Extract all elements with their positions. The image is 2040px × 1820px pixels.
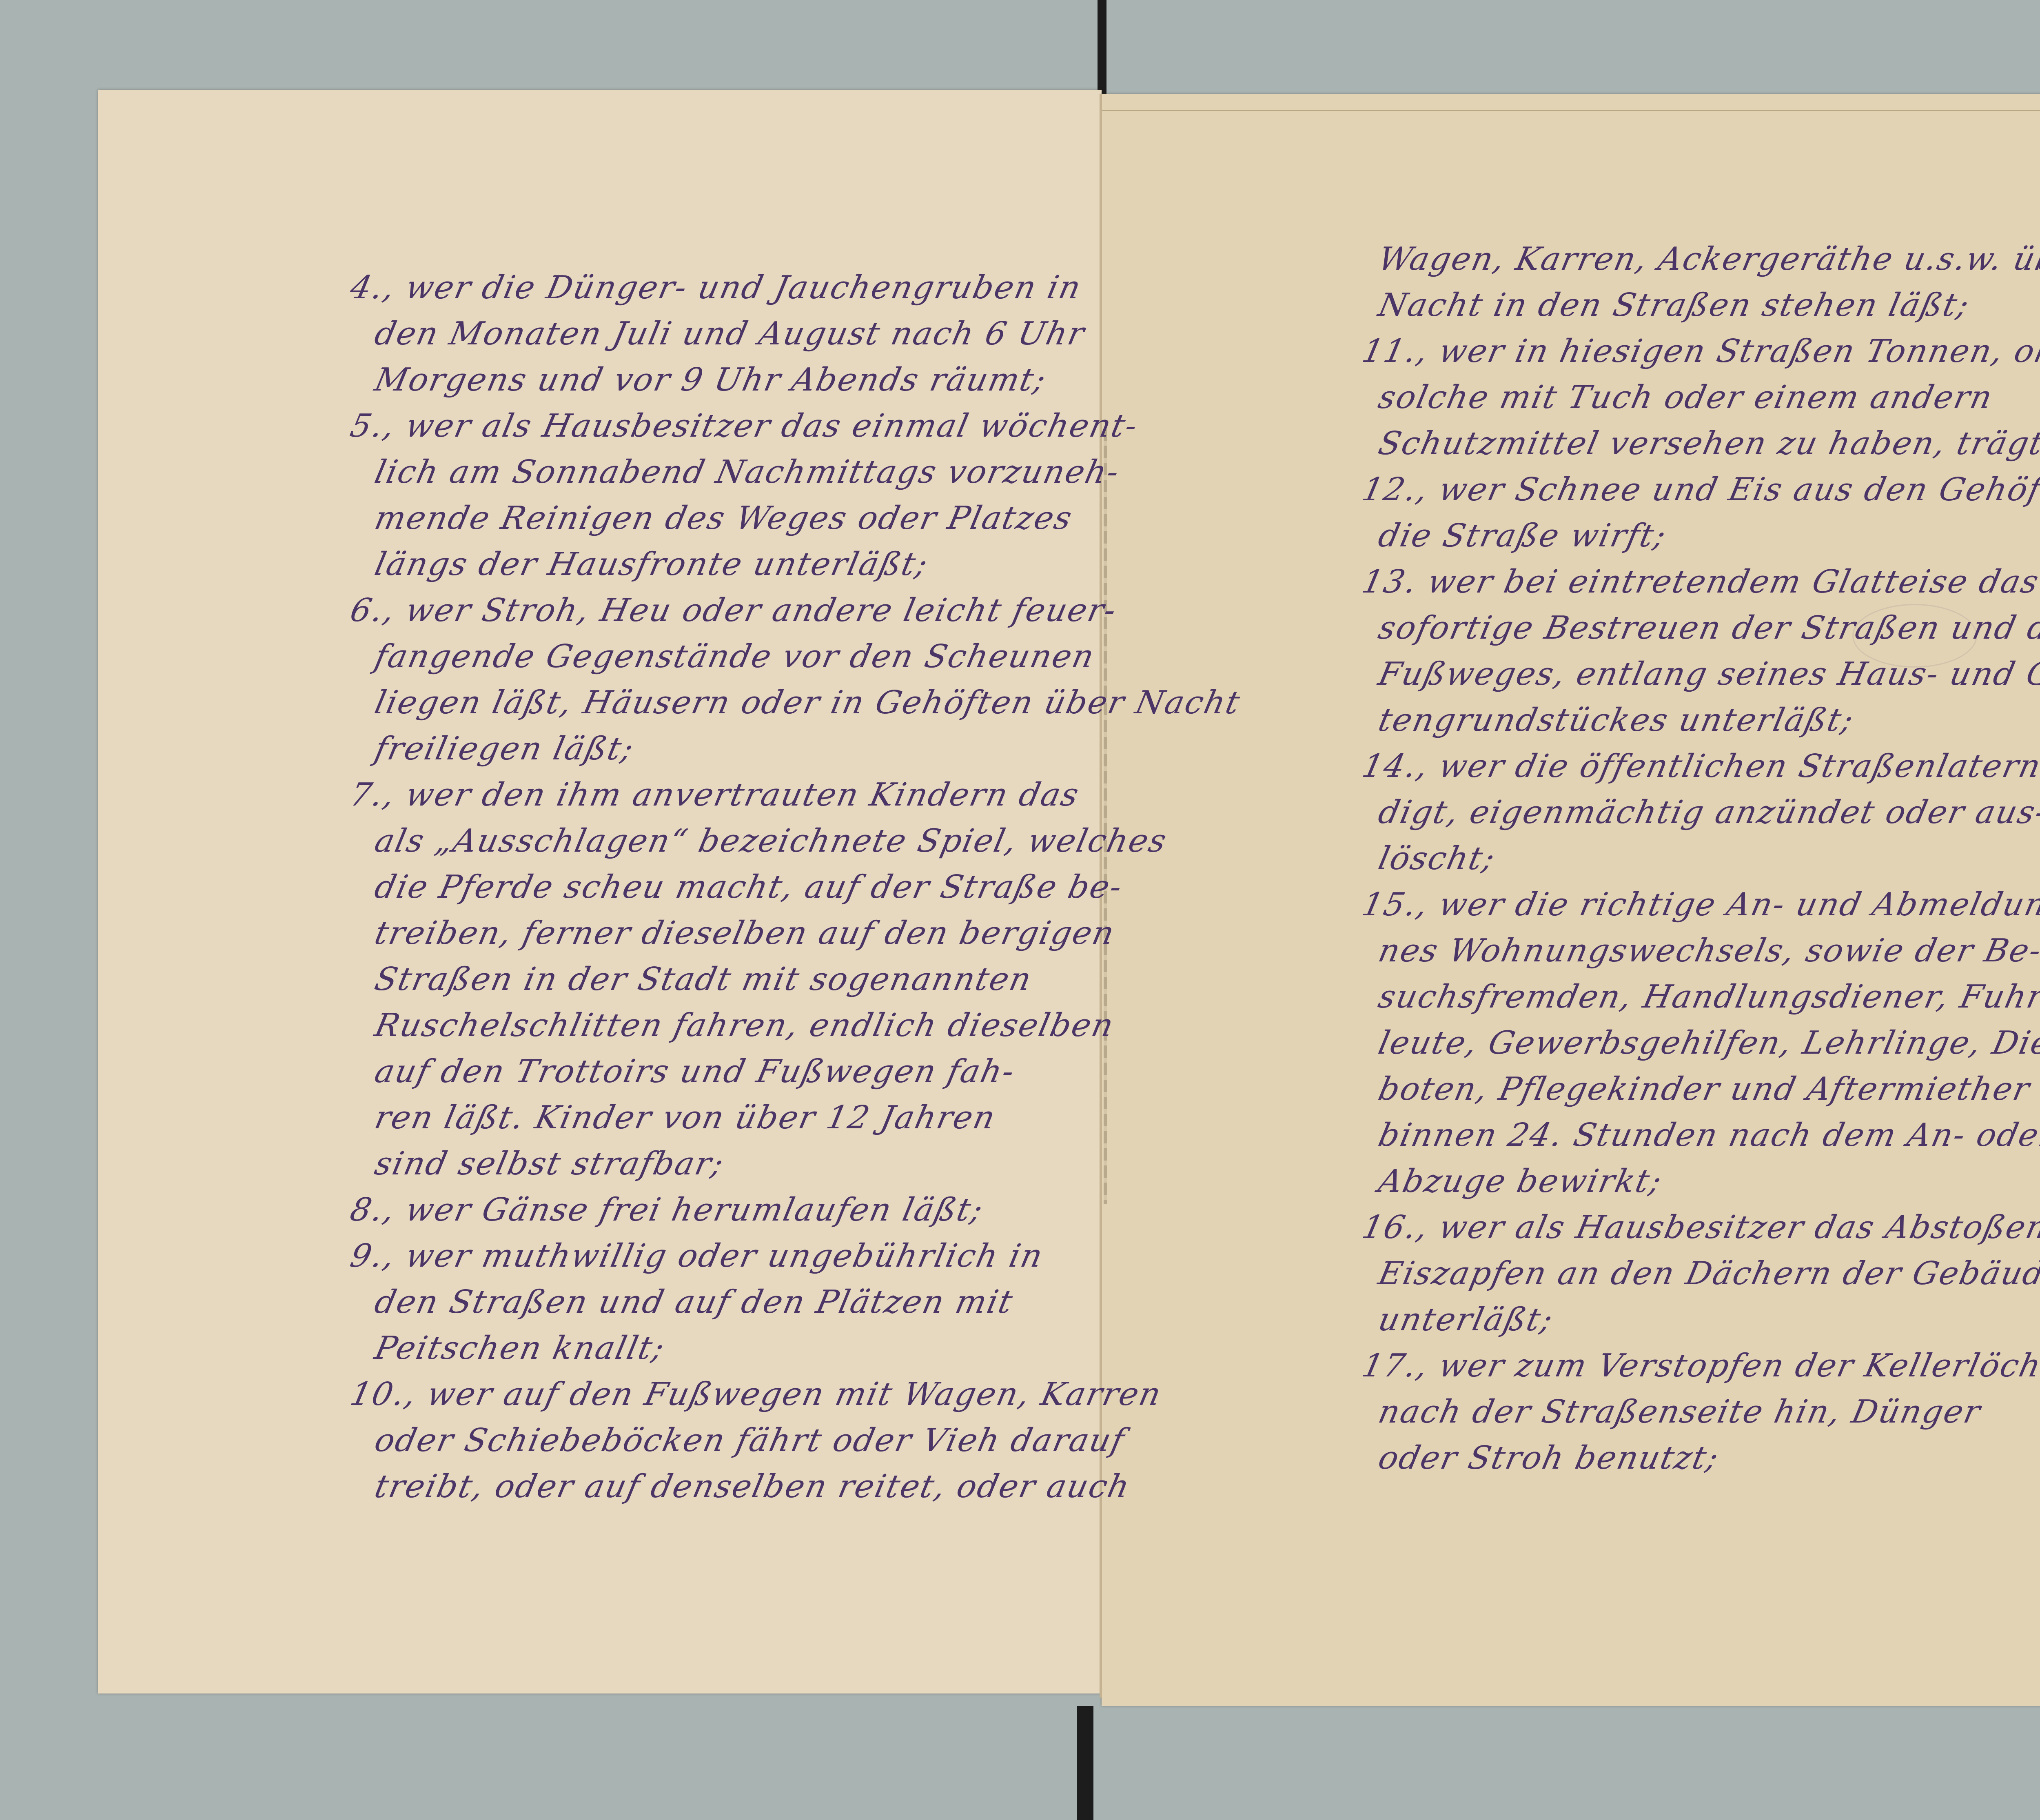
- handwritten-line: 6., wer Stroh, Heu oder andere leicht fe…: [347, 592, 1120, 629]
- handwritten-line: Fußweges, entlang seines Haus- und Gar-: [1375, 656, 2040, 692]
- handwritten-line: 7., wer den ihm anvertrauten Kindern das: [347, 777, 1083, 813]
- handwritten-line: Peitschen knallt;: [371, 1330, 668, 1367]
- handwritten-line: mende Reinigen des Weges oder Platzes: [371, 500, 1076, 537]
- handwritten-line: 15., wer die richtige An- und Abmeldung …: [1359, 886, 2040, 923]
- handwritten-line: 9., wer muthwillig oder ungebührlich in: [347, 1238, 1047, 1274]
- handwritten-line: die Straße wirft;: [1375, 517, 1670, 554]
- handwritten-line: längs der Hausfronte unterläßt;: [371, 546, 932, 583]
- handwritten-line: 11., wer in hiesigen Straßen Tonnen, ohn…: [1359, 333, 2040, 370]
- handwritten-line: treibt, oder auf denselben reitet, oder …: [371, 1468, 1133, 1505]
- handwritten-line: solche mit Tuch oder einem andern: [1375, 379, 1996, 416]
- handwritten-line: sofortige Bestreuen der Straßen und des: [1375, 610, 2040, 646]
- handwritten-line: den Straßen und auf den Plätzen mit: [371, 1284, 1017, 1321]
- handwritten-line: 4., wer die Dünger- und Jauchengruben in: [347, 269, 1085, 306]
- handwritten-line: Nacht in den Straßen stehen läßt;: [1375, 287, 1973, 324]
- handwritten-line: 14., wer die öffentlichen Straßenlaterne…: [1359, 748, 2040, 785]
- handwritten-line: Morgens und vor 9 Uhr Abends räumt;: [371, 362, 1050, 398]
- handwritten-line: treiben, ferner dieselben auf den bergig…: [371, 915, 1118, 952]
- handwritten-line: die Pferde scheu macht, auf der Straße b…: [371, 869, 1126, 906]
- handwritten-line: Schutzmittel versehen zu haben, trägt;: [1375, 425, 2040, 462]
- binding-thread: [1104, 428, 1107, 1204]
- handwritten-line: tengrundstückes unterläßt;: [1375, 702, 1857, 739]
- handwritten-line: fangende Gegenstände vor den Scheunen: [371, 638, 1098, 675]
- handwritten-line: auf den Trottoirs und Fußwegen fah-: [371, 1053, 1018, 1090]
- binder-strip-bottom: [1077, 1706, 1093, 1820]
- handwritten-line: 17., wer zum Verstopfen der Kellerlöcher: [1359, 1347, 2040, 1384]
- handwritten-line: suchsfremden, Handlungsdiener, Fuhr-: [1375, 979, 2040, 1015]
- handwritten-line: löscht;: [1375, 840, 1499, 877]
- handwritten-line: freiliegen läßt;: [371, 730, 638, 767]
- handwritten-line: 16., wer als Hausbesitzer das Abstoßen d…: [1359, 1209, 2040, 1246]
- handwritten-line: boten, Pflegekinder und Aftermiether nic…: [1375, 1071, 2040, 1108]
- handwritten-line: nes Wohnungswechsels, sowie der Be-: [1375, 932, 2040, 969]
- handwritten-line: den Monaten Juli und August nach 6 Uhr: [371, 315, 1089, 352]
- handwritten-line: digt, eigenmächtig anzündet oder aus-: [1375, 794, 2040, 831]
- handwritten-line: liegen läßt, Häusern oder in Gehöften üb…: [371, 684, 1244, 721]
- handwritten-line: 12., wer Schnee und Eis aus den Gehöften…: [1359, 471, 2040, 508]
- binder-strip-top: [1098, 0, 1106, 102]
- handwritten-line: unterläßt;: [1375, 1301, 1557, 1338]
- handwritten-line: als „Ausschlagen“ bezeichnete Spiel, wel…: [371, 823, 1171, 859]
- handwritten-line: oder Schiebeböcken fährt oder Vieh darau…: [371, 1422, 1128, 1459]
- handwritten-line: Abzuge bewirkt;: [1375, 1163, 1666, 1200]
- handwritten-line: sind selbst strafbar;: [371, 1145, 727, 1182]
- handwritten-line: 8., wer Gänse frei herumlaufen läßt;: [347, 1192, 987, 1228]
- handwritten-line: leute, Gewerbsgehilfen, Lehrlinge, Diens…: [1375, 1025, 2040, 1061]
- handwritten-line: Eiszapfen an den Dächern der Gebäude: [1375, 1255, 2040, 1292]
- handwritten-line: binnen 24. Stunden nach dem An- oder: [1375, 1117, 2040, 1154]
- handwritten-line: ren läßt. Kinder von über 12 Jahren: [371, 1099, 999, 1136]
- handwritten-line: nach der Straßenseite hin, Dünger: [1375, 1394, 1985, 1430]
- handwritten-line: Wagen, Karren, Ackergeräthe u.s.w. über: [1375, 241, 2040, 277]
- handwritten-line: 5., wer als Hausbesitzer das einmal wöch…: [347, 408, 1142, 444]
- handwritten-line: Ruschelschlitten fahren, endlich dieselb…: [371, 1007, 1118, 1044]
- handwritten-line: 10., wer auf den Fußwegen mit Wagen, Kar…: [347, 1376, 1165, 1413]
- handwritten-line: lich am Sonnabend Nachmittags vorzuneh-: [371, 454, 1123, 491]
- handwritten-line: Straßen in der Stadt mit sogenannten: [371, 961, 1036, 998]
- handwritten-line: oder Stroh benutzt;: [1375, 1440, 1723, 1476]
- handwritten-line: 13. wer bei eintretendem Glatteise das: [1359, 564, 2040, 600]
